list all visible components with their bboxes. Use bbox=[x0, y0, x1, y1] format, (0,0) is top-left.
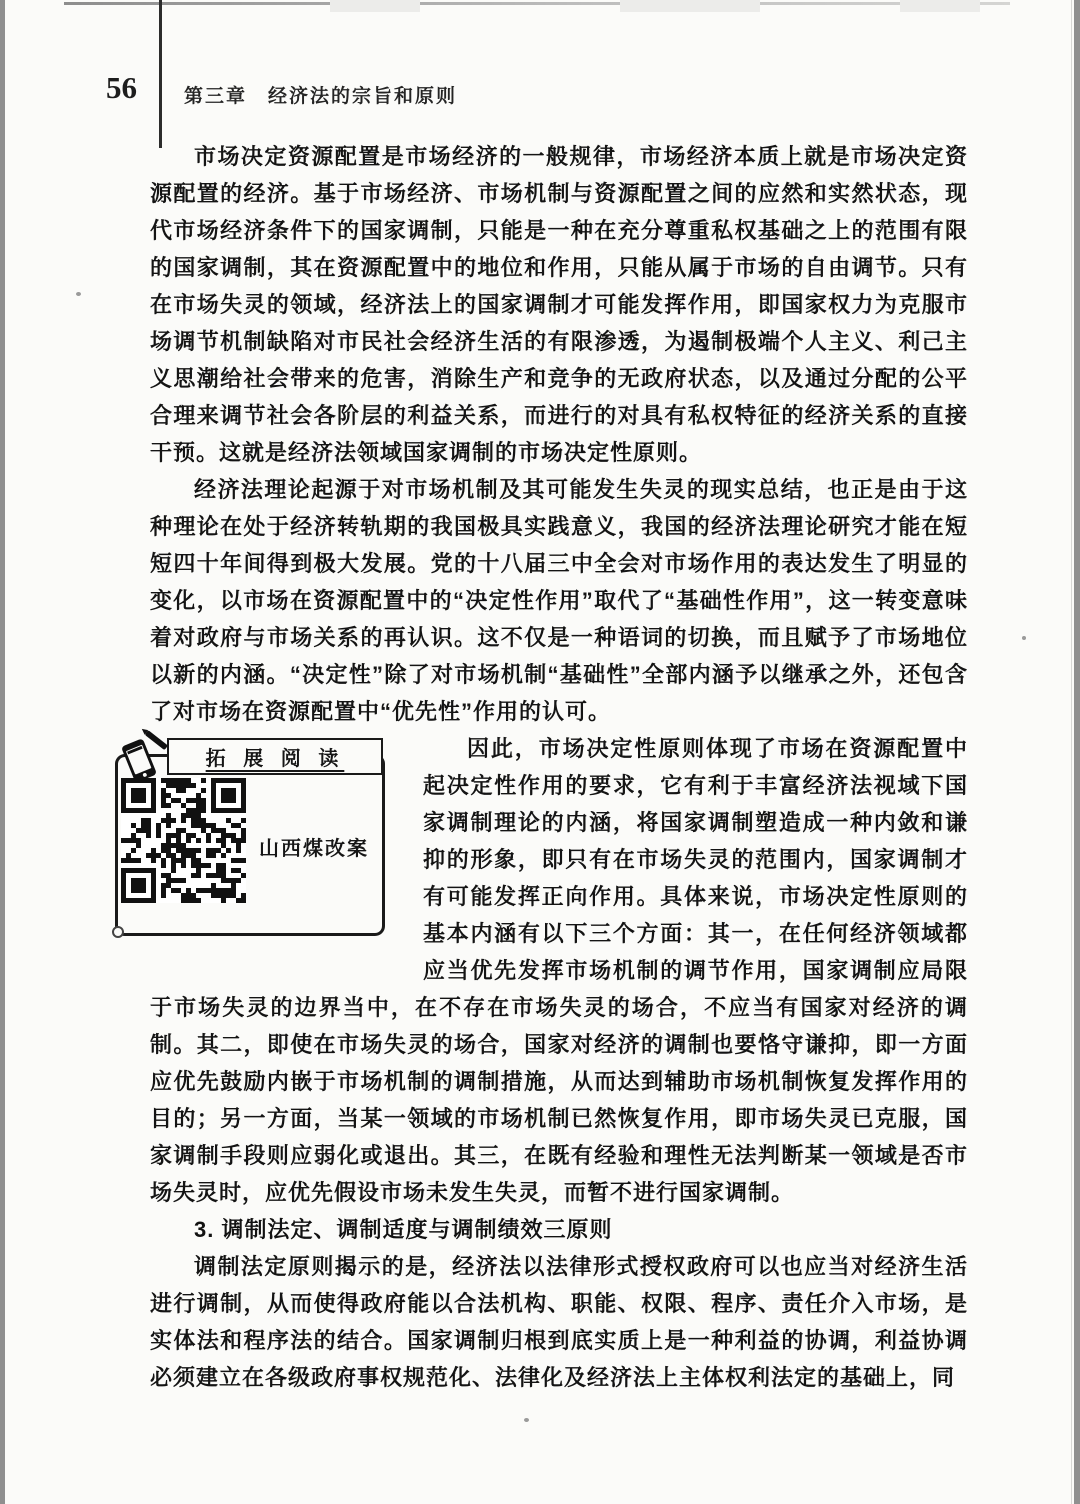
scan-smudge bbox=[900, 0, 980, 12]
paragraph-theory-origin: 经济法理论起源于对市场机制及其可能发生失灵的现实总结，也正是由于这种理论在处于经… bbox=[150, 471, 968, 730]
phone-with-stylus-icon bbox=[111, 726, 173, 788]
paragraph-with-sidebar: 拓 展 阅 读 山西煤改案 因此，市场决定性原则体现了市场在资源配置中起决定性作… bbox=[150, 730, 968, 1211]
scan-smudge bbox=[330, 0, 420, 12]
qr-caption: 山西煤改案 bbox=[251, 832, 377, 861]
extended-reading-title: 拓 展 阅 读 bbox=[167, 738, 383, 775]
scan-edge-line bbox=[1071, 0, 1072, 1504]
scan-top-streak bbox=[64, 2, 1010, 5]
page-number: 56 bbox=[106, 70, 137, 106]
paragraph-regulation-legality: 调制法定原则揭示的是，经济法以法律形式授权政府可以也应当对经济生活进行调制，从而… bbox=[150, 1248, 968, 1396]
subheading-three-principles: 3. 调制法定、调制适度与调制绩效三原则 bbox=[150, 1211, 968, 1248]
extended-reading-box: 拓 展 阅 读 山西煤改案 bbox=[115, 736, 415, 950]
scan-speck bbox=[1022, 636, 1026, 640]
scan-edge-left bbox=[0, 0, 5, 1504]
header-divider-line bbox=[159, 0, 162, 148]
scanned-book-page: 56 第三章 经济法的宗旨和原则 市场决定资源配置是市场经济的一般规律，市场经济… bbox=[0, 0, 1080, 1504]
body-text-block: 市场决定资源配置是市场经济的一般规律，市场经济本质上就是市场决定资源配置的经济。… bbox=[150, 138, 968, 1396]
scan-smudge bbox=[620, 0, 760, 12]
paragraph-market-principle: 市场决定资源配置是市场经济的一般规律，市场经济本质上就是市场决定资源配置的经济。… bbox=[150, 138, 968, 471]
scan-speck bbox=[76, 292, 81, 296]
scan-edge-right bbox=[1074, 0, 1080, 1504]
qr-code bbox=[121, 778, 246, 903]
corner-dot-decoration bbox=[112, 926, 124, 938]
scan-speck bbox=[524, 1418, 529, 1422]
chapter-header: 第三章 经济法的宗旨和原则 bbox=[184, 81, 457, 108]
